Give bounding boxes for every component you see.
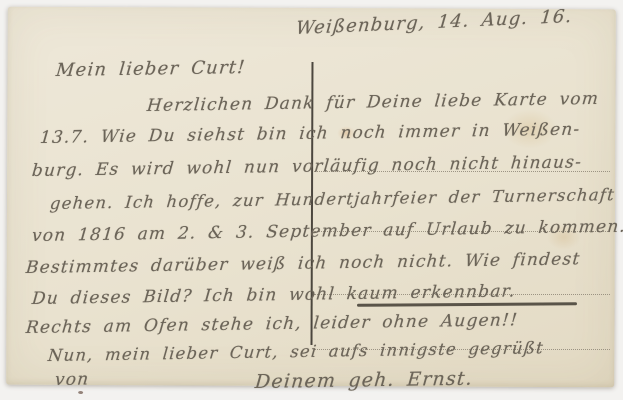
salutation: Mein lieber Curt!: [55, 57, 247, 81]
closing-von: von: [54, 369, 90, 390]
paper-speck: [78, 391, 83, 394]
underlined-phrase: kaum erkennbar.: [346, 281, 517, 304]
scanned-postcard-scene: Weißenburg, 14. Aug. 16. Mein lieber Cur…: [0, 0, 623, 400]
signature: Deinem geh. Ernst.: [254, 368, 474, 393]
